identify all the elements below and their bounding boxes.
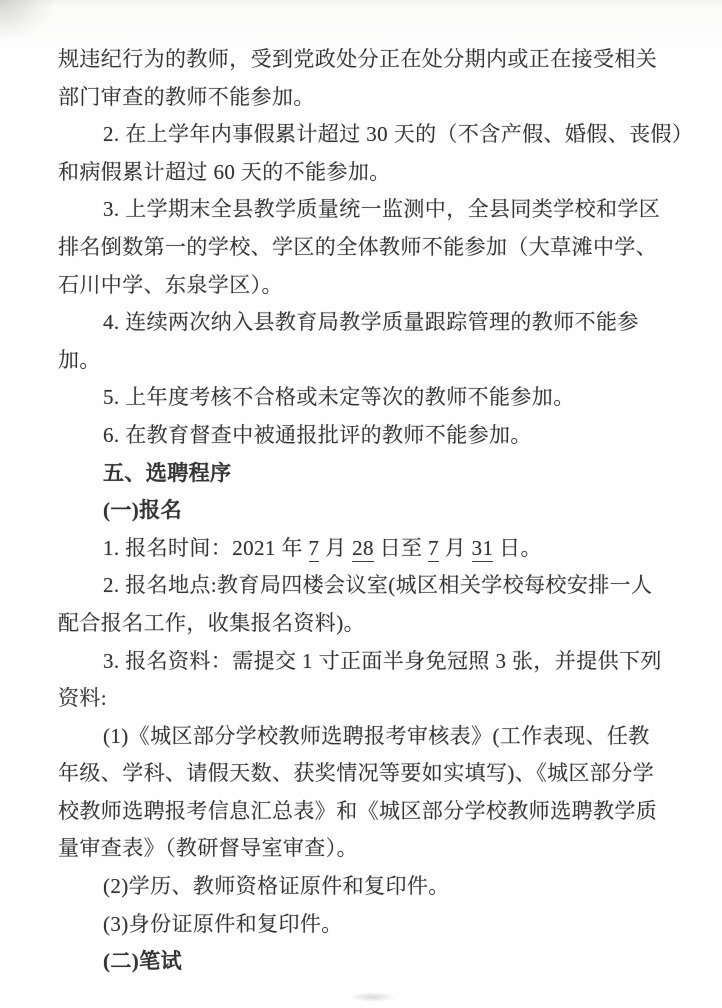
text-line: 4. 连续两次纳入县教育局教学质量跟踪管理的教师不能参 [58, 304, 660, 342]
underlined-month: 7 [428, 536, 439, 562]
text-line: 年级、学科、请假天数、获奖情况等要如实填写)、《城区部分学 [58, 755, 660, 793]
text-line: 校教师选聘报考信息汇总表》和《城区部分学校教师选聘教学质 [58, 793, 660, 831]
date-text: 月 [319, 536, 352, 560]
underlined-day: 28 [352, 536, 374, 562]
text-line: 石川中学、东泉学区）。 [58, 267, 660, 305]
text-line: 资料: [58, 680, 660, 718]
date-text: 1. 报名时间：2021 年 [103, 536, 309, 560]
text-line: 排名倒数第一的学校、学区的全体教师不能参加（大草滩中学、 [58, 229, 660, 267]
scanned-document-page: 规违纪行为的教师，受到党政处分正在处分期内或正在接受相关 部门审查的教师不能参加… [0, 0, 722, 1008]
text-line: 和病假累计超过 60 天的不能参加。 [58, 154, 660, 192]
text-line: 5. 上年度考核不合格或未定等次的教师不能参加。 [58, 379, 660, 417]
text-line: 配合报名工作，收集报名资料)。 [58, 605, 660, 643]
scan-edge-shadow [0, 0, 722, 6]
heading-sub-1-registration: (一)报名 [58, 492, 660, 530]
date-text: 日。 [493, 536, 541, 560]
underlined-day: 31 [472, 536, 494, 562]
scan-shadow-top-left [0, 0, 52, 38]
registration-time-line: 1. 报名时间：2021 年 7 月 28 日至 7 月 31 日。 [58, 530, 660, 568]
document-body: 规违纪行为的教师，受到党政处分正在处分期内或正在接受相关 部门审查的教师不能参加… [58, 41, 660, 981]
text-line: 2. 报名地点:教育局四楼会议室(城区相关学校每校安排一人 [58, 567, 660, 605]
text-line: 加。 [58, 342, 660, 380]
underlined-month: 7 [309, 536, 320, 562]
heading-section-5-procedure: 五、选聘程序 [58, 455, 660, 493]
scan-smudge-bottom [350, 992, 396, 1002]
date-text: 日至 [374, 536, 428, 560]
text-line: 规违纪行为的教师，受到党政处分正在处分期内或正在接受相关 [58, 41, 660, 79]
text-line: 量审查表》（教研督导室审查）。 [58, 830, 660, 868]
text-line: 2. 在上学年内事假累计超过 30 天的（不含产假、婚假、丧假） [58, 116, 660, 154]
text-line: 6. 在教育督查中被通报批评的教师不能参加。 [58, 417, 660, 455]
date-text: 月 [439, 536, 472, 560]
text-line: (3)身份证原件和复印件。 [58, 906, 660, 944]
text-line: 3. 报名资料：需提交 1 寸正面半身免冠照 3 张，并提供下列 [58, 643, 660, 681]
text-line: 3. 上学期末全县教学质量统一监测中，全县同类学校和学区 [58, 191, 660, 229]
heading-sub-2-written-test: (二)笔试 [58, 943, 660, 981]
text-line: 部门审查的教师不能参加。 [58, 79, 660, 117]
text-line: (2)学历、教师资格证原件和复印件。 [58, 868, 660, 906]
text-line: (1)《城区部分学校教师选聘报考审核表》(工作表现、任教 [58, 718, 660, 756]
